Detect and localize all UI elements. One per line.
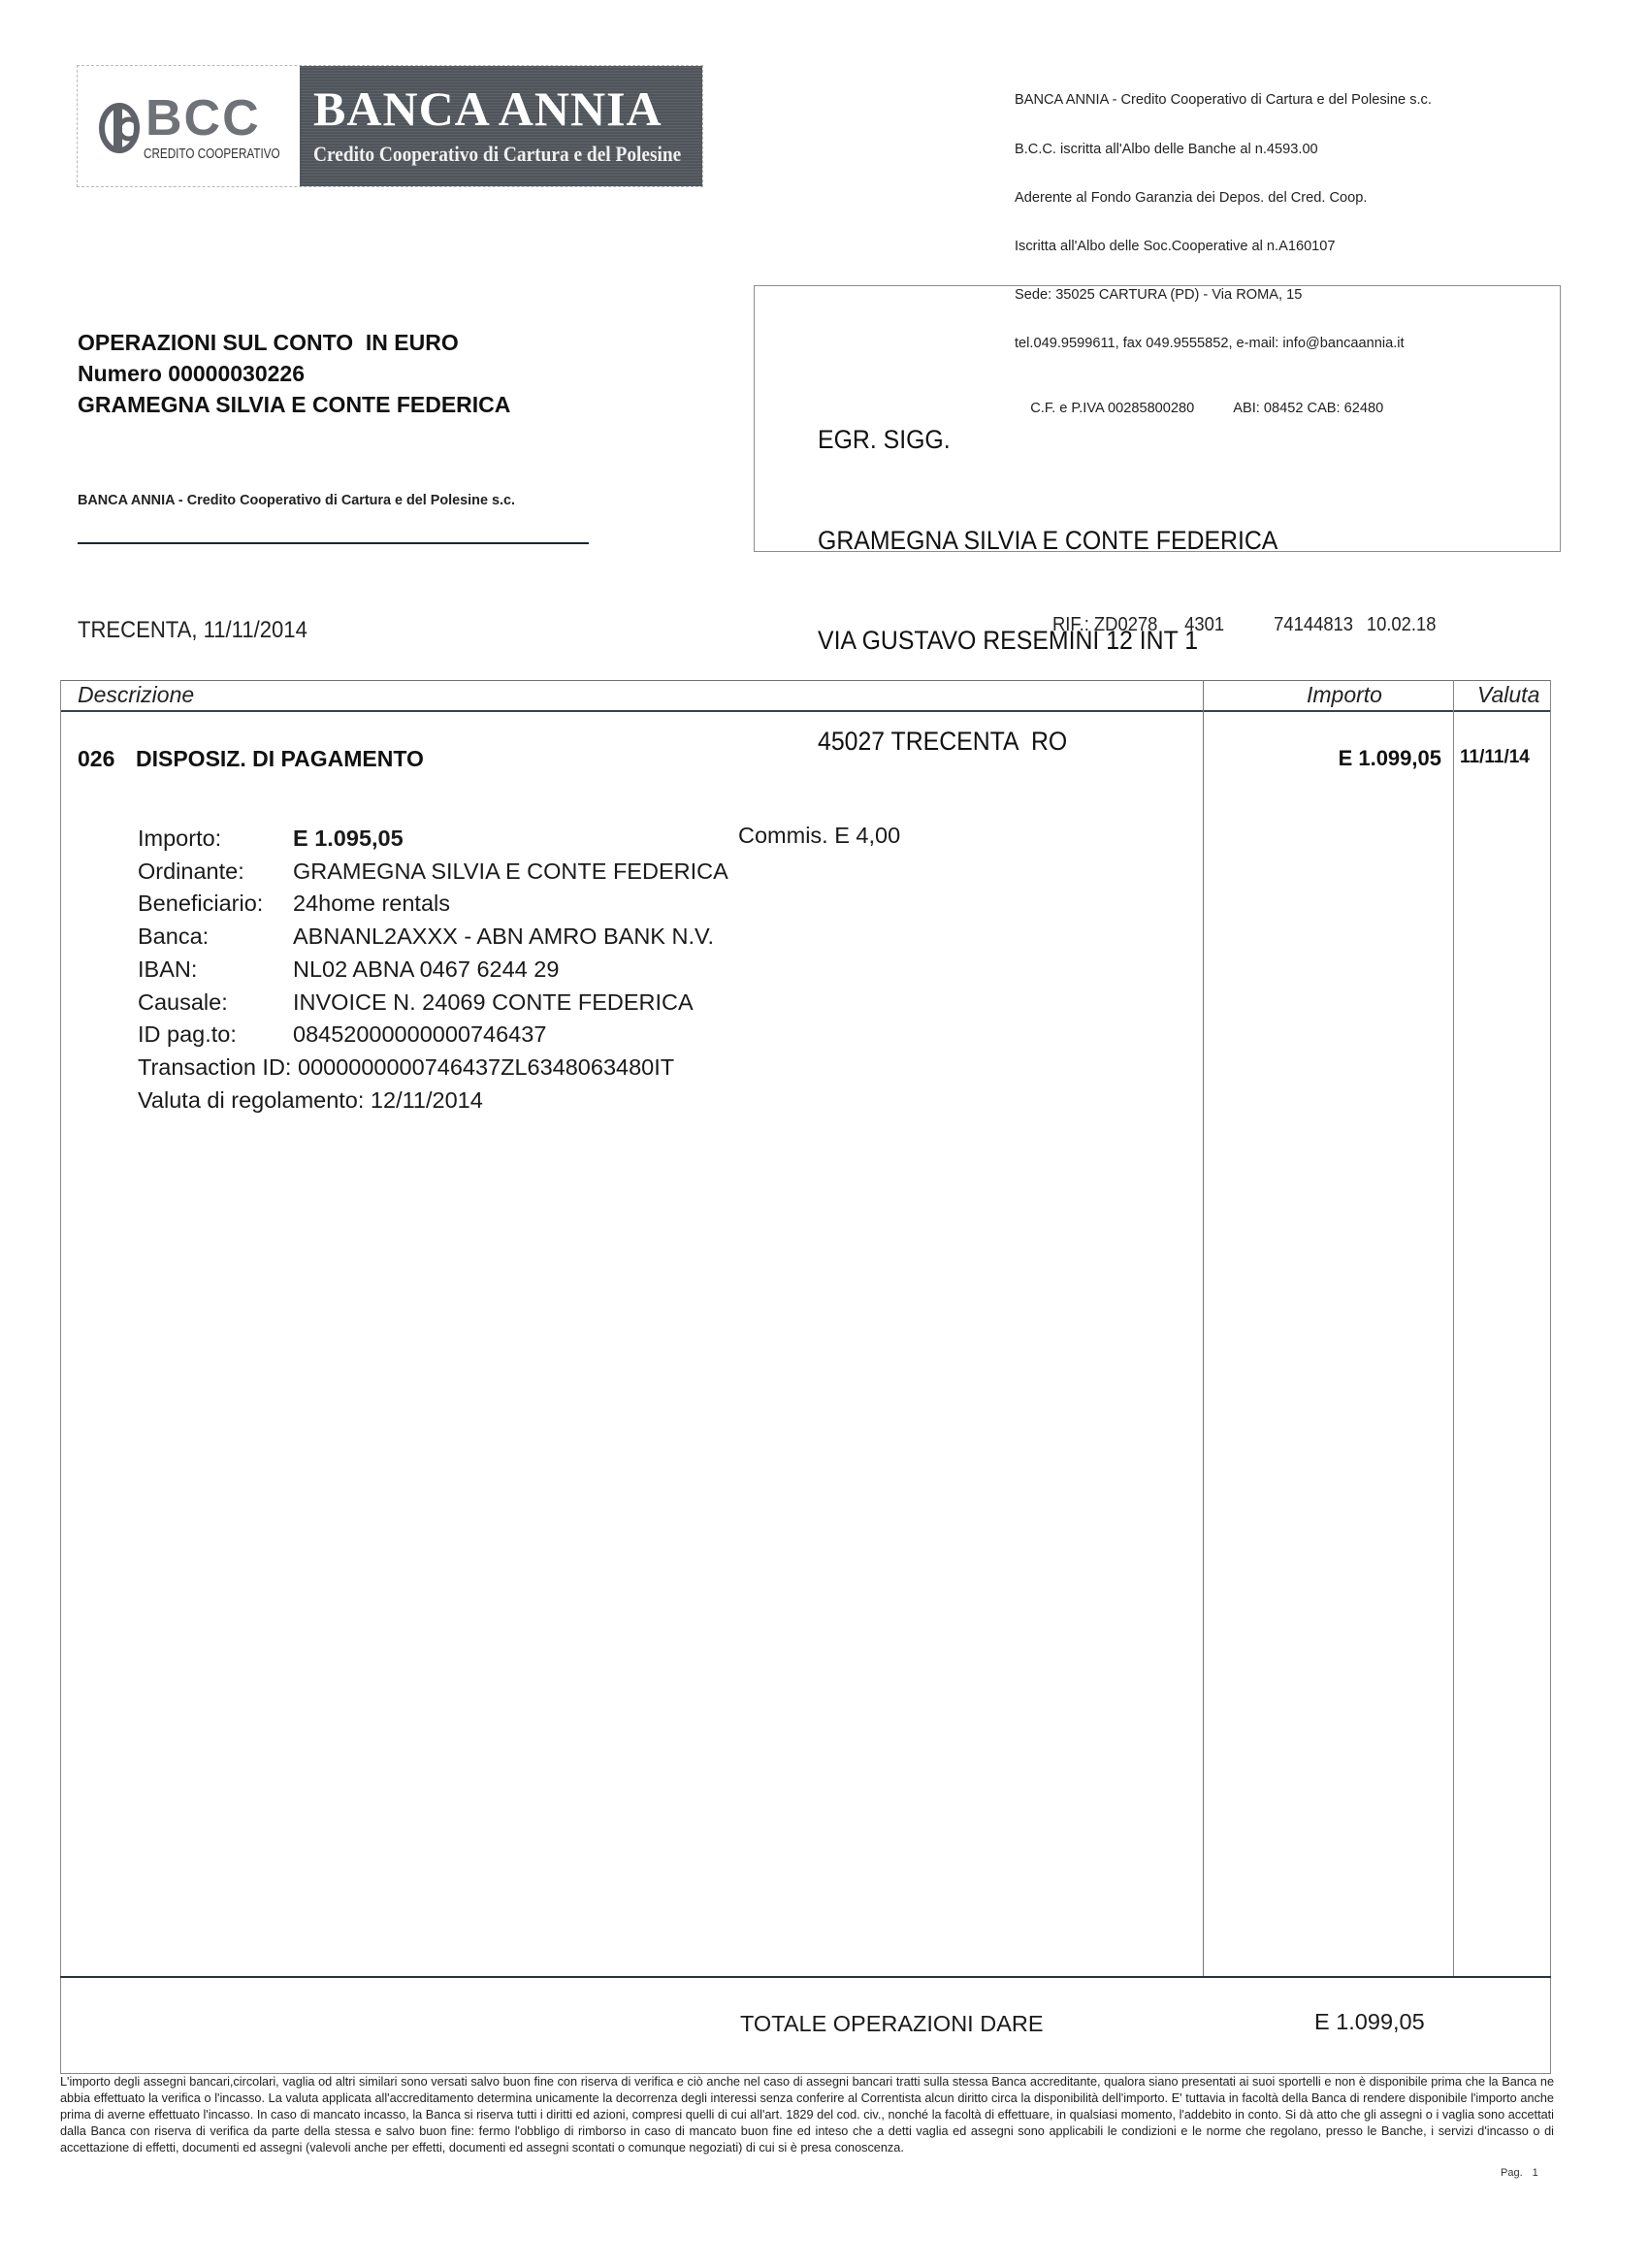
detail-value: GRAMEGNA SILVIA E CONTE FEDERICA (293, 856, 728, 889)
place-date: TRECENTA, 11/11/2014 (78, 617, 307, 644)
table-column-divider (1203, 680, 1204, 1976)
reference-line: RIF.: ZD027843017414481310.02.18 (1052, 614, 1436, 636)
detail-row: ID pag.to: 08452000000000746437 (138, 1019, 728, 1052)
total-value: E 1.099,05 (1314, 2009, 1425, 2035)
detail-row: Beneficiario: 24home rentals (138, 888, 728, 921)
bcc-wordmark: BCC (145, 93, 261, 144)
banca-annia-title: BANCA ANNIA (313, 83, 663, 134)
detail-row: Importo: E 1.095,05 (138, 823, 728, 856)
table-border-top (60, 680, 1551, 681)
operation-amount: E 1.099,05 (1212, 746, 1441, 771)
detail-row: IBAN: NL02 ABNA 0467 6244 29 (138, 954, 728, 987)
settlement-date: Valuta di regolamento: 12/11/2014 (138, 1085, 728, 1118)
header-amount: Importo (1307, 682, 1382, 708)
detail-value: 08452000000000746437 (293, 1019, 546, 1052)
bcc-logo: BCC CREDITO COOPERATIVO (78, 66, 300, 186)
recipient-address-box: EGR. SIGG. GRAMEGNA SILVIA E CONTE FEDER… (754, 285, 1561, 552)
detail-value: INVOICE N. 24069 CONTE FEDERICA (293, 987, 694, 1020)
account-block: OPERAZIONI SUL CONTO IN EURO Numero 0000… (78, 327, 510, 420)
detail-label: IBAN: (138, 954, 293, 987)
bank-name-small: BANCA ANNIA - Credito Cooperativo di Car… (78, 493, 515, 508)
divider (78, 542, 589, 544)
operation-name: DISPOSIZ. DI PAGAMENTO (136, 746, 424, 771)
address-name: GRAMEGNA SILVIA E CONTE FEDERICA (818, 524, 1277, 558)
bank-logo: BCC CREDITO COOPERATIVO BANCA ANNIA Cred… (77, 65, 703, 187)
detail-row: Banca: ABNANL2AXXX - ABN AMRO BANK N.V. (138, 921, 728, 954)
reference-time: 10.02.18 (1367, 614, 1437, 636)
account-title: OPERAZIONI SUL CONTO IN EURO (78, 327, 510, 358)
banca-annia-subtitle: Credito Cooperativo di Cartura e del Pol… (313, 142, 681, 167)
operation-code: 026 (78, 746, 136, 772)
address-salutation: EGR. SIGG. (818, 423, 1277, 457)
total-label: TOTALE OPERAZIONI DARE (740, 2011, 1044, 2037)
operation-title: 026DISPOSIZ. DI PAGAMENTO (78, 746, 424, 772)
address-city: 45027 TRECENTA RO (818, 725, 1277, 759)
operation-value-date: 11/11/14 (1460, 747, 1530, 768)
detail-value: 24home rentals (293, 888, 450, 921)
table-border-right (1550, 680, 1551, 2074)
operation-details: Importo: E 1.095,05 Ordinante: GRAMEGNA … (138, 823, 728, 1117)
bcc-subtitle: CREDITO COOPERATIVO (144, 146, 280, 162)
detail-value: E 1.095,05 (293, 823, 404, 856)
page-label: Pag. (1501, 2167, 1523, 2179)
detail-label: Ordinante: (138, 856, 293, 889)
detail-row: Ordinante: GRAMEGNA SILVIA E CONTE FEDER… (138, 856, 728, 889)
banca-annia-banner: BANCA ANNIA Credito Cooperativo di Cartu… (300, 66, 702, 186)
bank-info-line: Aderente al Fondo Garanzia dei Depos. de… (1015, 190, 1432, 207)
disclaimer: L'importo degli assegni bancari,circolar… (60, 2074, 1554, 2156)
bank-info-line: BANCA ANNIA - Credito Cooperativo di Car… (1015, 92, 1432, 109)
table-header-divider (60, 710, 1551, 712)
transaction-id: Transaction ID: 0000000000746437ZL634806… (138, 1052, 728, 1085)
table-column-divider (1453, 680, 1454, 1976)
reference-code: 4301 (1184, 614, 1274, 636)
table-total-divider (60, 1976, 1551, 1978)
table-border-left (60, 680, 61, 2074)
detail-label: Banca: (138, 921, 293, 954)
bank-info-line: B.C.C. iscritta all'Albo delle Banche al… (1015, 142, 1432, 158)
commission: Commis. E 4,00 (738, 823, 900, 849)
detail-label: ID pag.to: (138, 1019, 293, 1052)
page-value: 1 (1533, 2167, 1538, 2179)
reference-label: RIF.: ZD0278 (1052, 614, 1184, 636)
header-description: Descrizione (78, 682, 194, 708)
detail-label: Beneficiario: (138, 888, 293, 921)
account-holder: GRAMEGNA SILVIA E CONTE FEDERICA (78, 389, 510, 420)
detail-row: Causale: INVOICE N. 24069 CONTE FEDERICA (138, 987, 728, 1020)
detail-value: ABNANL2AXXX - ABN AMRO BANK N.V. (293, 921, 714, 954)
detail-value: NL02 ABNA 0467 6244 29 (293, 954, 559, 987)
account-number: Numero 00000030226 (78, 358, 510, 389)
header-value-date: Valuta (1477, 682, 1539, 708)
bcc-emblem-icon (99, 103, 140, 153)
page-number: Pag.1 (1501, 2167, 1548, 2179)
reference-number: 74144813 (1274, 614, 1367, 636)
detail-label: Importo: (138, 823, 293, 856)
detail-label: Causale: (138, 987, 293, 1020)
recipient-address: EGR. SIGG. GRAMEGNA SILVIA E CONTE FEDER… (818, 356, 1277, 825)
bank-info-line: Iscritta all'Albo delle Soc.Cooperative … (1015, 239, 1432, 255)
